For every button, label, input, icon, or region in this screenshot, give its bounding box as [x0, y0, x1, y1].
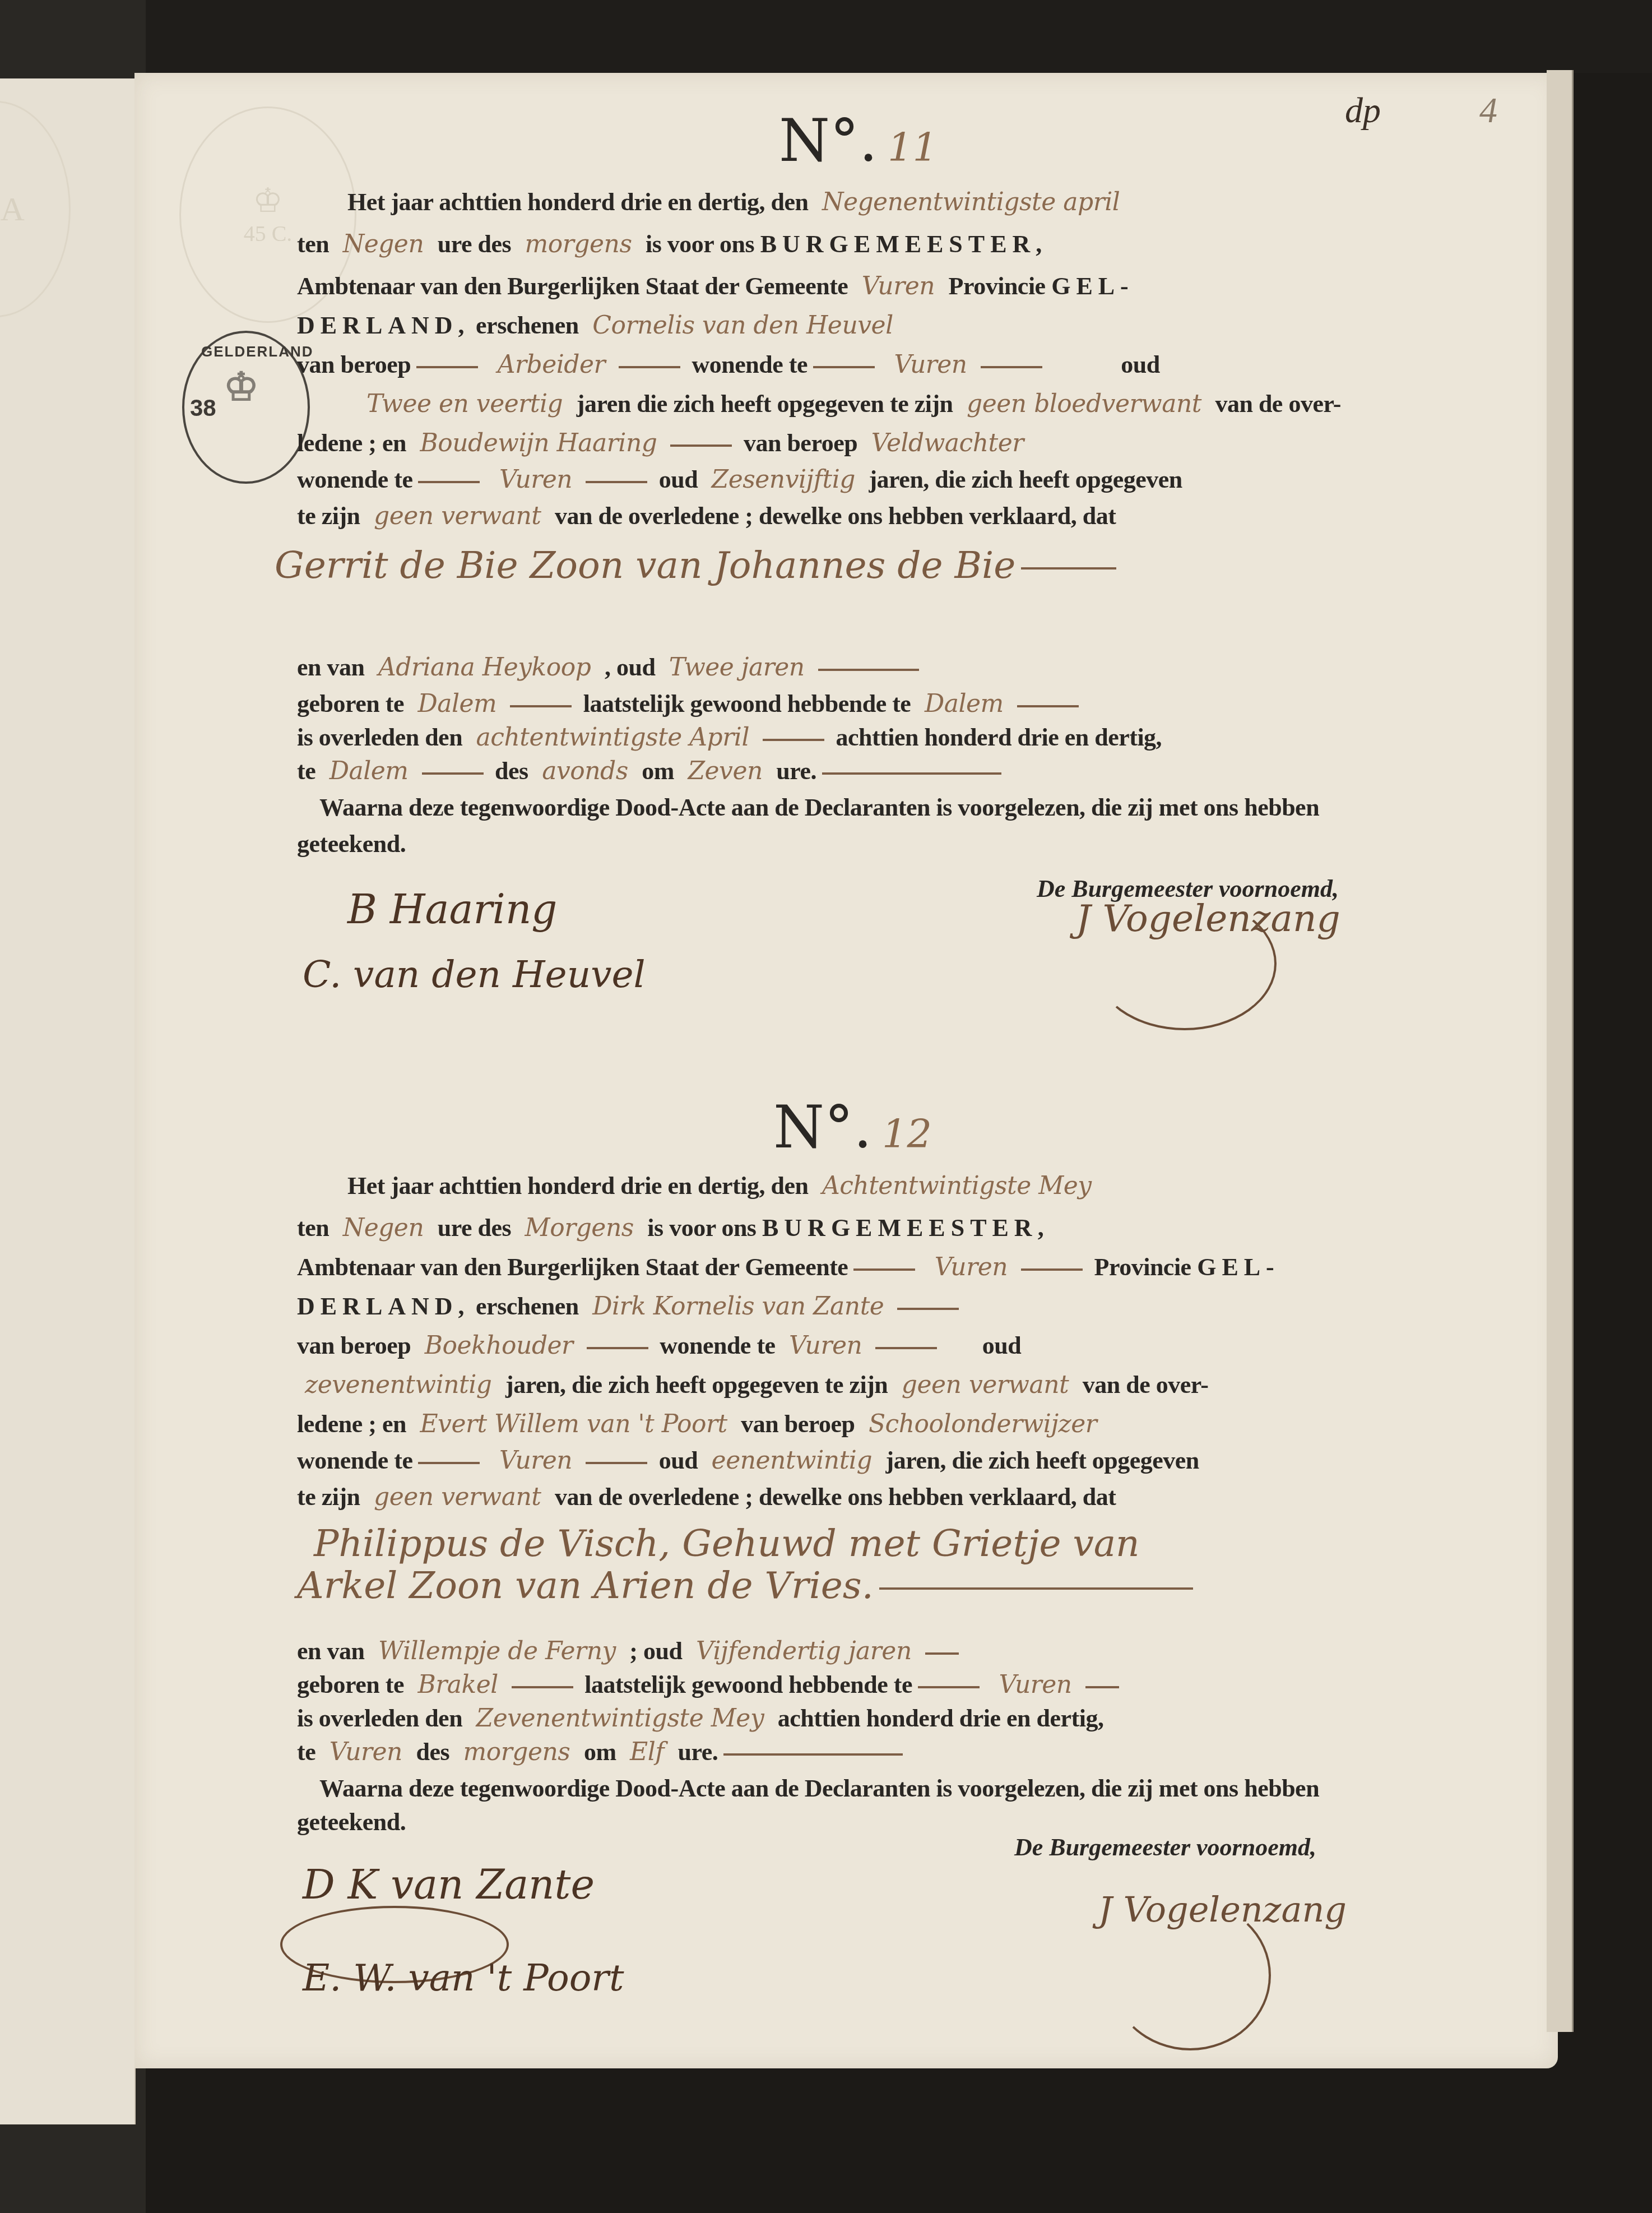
- printed-text: achttien honderd drie en dertig,: [836, 724, 1162, 751]
- printed-text: te zijn: [297, 502, 360, 530]
- printed-text: geteekend.: [297, 1808, 406, 1836]
- printed-text: Ambtenaar van den Burgerlijken Staat der…: [297, 1253, 848, 1281]
- act11-closing-line-1: Waarna deze tegenwoordige Dood-Acte aan …: [319, 793, 1457, 822]
- handwritten-last-residence: Dalem: [925, 689, 1004, 718]
- printed-text: om: [584, 1738, 616, 1766]
- signature-declarant-2: E. W. van 't Poort: [303, 1956, 624, 1999]
- act12-line-6: zevenentwintig jaren, die zich heeft opg…: [297, 1371, 1435, 1399]
- handwritten-death-place: Dalem: [330, 757, 409, 785]
- act11-death-place-line: te Dalem des avonds om Zeven ure.: [297, 757, 1435, 785]
- handwritten-residence: Vuren: [894, 350, 967, 379]
- printed-text: oud: [659, 466, 698, 493]
- act11-birth-line: geboren te Dalem laatstelijk gewoond heb…: [297, 689, 1435, 718]
- signature-declarant-1: D K van Zante: [303, 1861, 595, 1908]
- handwritten-municipality: Vuren: [935, 1253, 1008, 1281]
- printed-text: DERLAND,: [297, 312, 470, 339]
- act12-line-7: ledene ; en Evert Willem van 't Poort va…: [297, 1410, 1435, 1438]
- handwritten-hour: Zeven: [688, 757, 762, 785]
- handwritten-daypart: avonds: [542, 757, 628, 785]
- printed-text: des: [495, 757, 528, 785]
- printed-text: en van: [297, 654, 364, 681]
- fill-dash: [510, 705, 572, 707]
- handwritten-residence: Vuren: [499, 1446, 572, 1475]
- handwritten-deceased-parent: Arkel Zoon van Arien de Vries.: [297, 1564, 874, 1607]
- crown-icon: ♔: [224, 364, 259, 410]
- margin-mark: dp: [1345, 90, 1381, 131]
- fill-dash: [418, 1462, 480, 1464]
- printed-text: wonende te: [692, 351, 808, 378]
- handwritten-date: Achtentwintigste Mey: [822, 1172, 1092, 1200]
- act12-death-place-line: te Vuren des morgens om Elf ure.: [297, 1738, 1435, 1766]
- printed-text: BURGEMEESTER,: [760, 230, 1048, 258]
- printed-text: ure des: [438, 1214, 511, 1242]
- fill-dash: [813, 366, 875, 368]
- printed-text: en van: [297, 1637, 364, 1665]
- handwritten-birthplace: Brakel: [417, 1670, 498, 1699]
- printed-text: wonende te: [297, 1447, 412, 1474]
- signature-declarant-2: C. van den Heuvel: [303, 953, 646, 996]
- printed-text: des: [416, 1738, 449, 1766]
- fill-dash: [763, 739, 824, 741]
- handwritten-occupation: Arbeider: [498, 350, 605, 379]
- handwritten-declarant-name: Cornelis van den Heuvel: [592, 311, 893, 340]
- printed-text: wonende te: [660, 1332, 775, 1359]
- fill-dash: [853, 1268, 915, 1271]
- handwritten-occupation: Schoolonderwijzer: [869, 1410, 1097, 1438]
- handwritten-declarant-name: Dirk Kornelis van Zante: [592, 1292, 884, 1321]
- fill-dash: [925, 1652, 959, 1655]
- deceased-name-line: Philippus de Visch, Gehuwd met Grietje v…: [314, 1522, 1140, 1565]
- act12-closing-line-1: Waarna deze tegenwoordige Dood-Acte aan …: [319, 1774, 1457, 1803]
- printed-text: van de overledene ; dewelke ons hebben v…: [555, 1483, 1116, 1511]
- fill-dash: [586, 481, 647, 483]
- handwritten-age: eenentwintig: [712, 1446, 872, 1475]
- printed-text: BURGEMEESTER,: [762, 1214, 1050, 1242]
- handwritten-daypart: morgens: [463, 1738, 570, 1766]
- fill-dash: [416, 366, 478, 368]
- fill-dash: [822, 772, 1001, 775]
- number-label: N°.: [773, 1093, 872, 1161]
- act11-line-8: wonende te Vuren oud Zesenvijftig jaren,…: [297, 465, 1435, 494]
- printed-text: oud: [1121, 351, 1159, 378]
- printed-text: te zijn: [297, 1483, 360, 1511]
- act-number: 12: [882, 1111, 932, 1157]
- act12-line-9: te zijn geen verwant van de overledene ;…: [297, 1483, 1435, 1511]
- printed-text: DERLAND,: [297, 1293, 470, 1320]
- fill-dash: [875, 1347, 937, 1349]
- printed-text: van beroep: [744, 429, 857, 457]
- handwritten-relation: geen bloedverwant: [967, 390, 1201, 418]
- fill-dash: [981, 366, 1042, 368]
- printed-text: van beroep: [741, 1410, 855, 1438]
- handwritten-municipality: Vuren: [862, 272, 935, 300]
- act12-death-date-line: is overleden den Zevenentwintigste Mey a…: [297, 1704, 1435, 1733]
- page-stack-edge: [1547, 70, 1574, 2032]
- handwritten-age: Twee en veertig: [366, 390, 563, 418]
- printed-text: van beroep: [297, 351, 411, 378]
- fill-dash: [918, 1686, 980, 1688]
- printed-text: te: [297, 757, 315, 785]
- handwritten-hour: Negen: [343, 230, 424, 258]
- handwritten-relation: geen verwant: [902, 1371, 1069, 1399]
- act12-line-2: ten Negen ure des Morgens is voor ons BU…: [297, 1214, 1435, 1242]
- printed-text: ledene ; en: [297, 1410, 406, 1438]
- act11-line-4: DERLAND, erschenen Cornelis van den Heuv…: [297, 311, 1435, 340]
- act11-mother-line: en van Adriana Heykoop , oud Twee jaren: [297, 653, 1435, 682]
- handwritten-date: Negenentwintigste april: [822, 188, 1120, 216]
- crown-icon: ♔: [181, 181, 355, 220]
- fill-dash: [586, 1462, 647, 1464]
- printed-text: Provincie: [1094, 1253, 1191, 1281]
- printed-text: Het jaar achttien honderd drie en dertig…: [347, 188, 808, 216]
- act11-death-date-line: is overleden den achtentwintigste April …: [297, 723, 1435, 752]
- printed-text: erschenen: [476, 312, 579, 339]
- handwritten-deceased: Gerrit de Bie Zoon van Johannes de Bie: [275, 544, 1015, 587]
- handwritten-hour: Elf: [630, 1738, 664, 1766]
- fill-dash: [897, 1308, 959, 1310]
- handwritten-birthplace: Dalem: [417, 689, 496, 718]
- printed-text: jaren, die zich heeft opgegeven te zijn: [505, 1371, 888, 1399]
- act11-line-9: te zijn geen verwant van de overledene ;…: [297, 502, 1435, 530]
- handwritten-relation: geen verwant: [374, 502, 541, 530]
- fill-dash: [818, 669, 919, 671]
- handwritten-hour: Negen: [343, 1214, 424, 1242]
- embossed-seal-left: G.A: [0, 101, 71, 317]
- printed-text: is overleden den: [297, 1705, 462, 1732]
- fill-dash: [723, 1753, 903, 1756]
- printed-text: van beroep: [297, 1332, 411, 1359]
- handwritten-residence: Vuren: [499, 465, 572, 494]
- printed-text: geboren te: [297, 690, 404, 717]
- number-label: N°.: [779, 107, 878, 175]
- handwritten-death-date: achtentwintigste April: [476, 723, 749, 752]
- act11-line-7: ledene ; en Boudewijn Haaring van beroep…: [297, 429, 1435, 457]
- fill-dash: [670, 445, 732, 447]
- act12-birth-line: geboren te Brakel laatstelijk gewoond he…: [297, 1670, 1435, 1699]
- handwritten-mother-name: Adriana Heykoop: [378, 653, 591, 682]
- printed-text: ledene ; en: [297, 429, 406, 457]
- act11-line-5: van beroep Arbeider wonende te Vuren oud: [297, 350, 1435, 379]
- printed-text: ure.: [678, 1738, 718, 1766]
- printed-text: van de over-: [1083, 1371, 1209, 1399]
- handwritten-residence: Vuren: [789, 1331, 862, 1360]
- signature-flourish: [1093, 897, 1277, 1030]
- handwritten-occupation: Boekhouder: [425, 1331, 573, 1360]
- printed-text: wonende te: [297, 466, 412, 493]
- printed-text: Ambtenaar van den Burgerlijken Staat der…: [297, 272, 848, 300]
- fill-dash: [418, 481, 480, 483]
- printed-text: geteekend.: [297, 830, 406, 858]
- facing-page-edge: G.A: [0, 78, 136, 2124]
- printed-text: is voor ons: [646, 230, 754, 258]
- fill-dash: [1085, 1686, 1119, 1688]
- printed-text: jaren, die zich heeft opgegeven: [869, 466, 1182, 493]
- printed-text: is voor ons: [647, 1214, 756, 1242]
- act12-line-5: van beroep Boekhouder wonende te Vuren o…: [297, 1331, 1435, 1360]
- printed-text: GEL-: [1197, 1253, 1280, 1281]
- fill-dash: [1017, 705, 1079, 707]
- handwritten-death-place: Vuren: [330, 1738, 402, 1766]
- handwritten-last-residence: Vuren: [999, 1670, 1071, 1699]
- printed-text: geboren te: [297, 1671, 404, 1698]
- act12-line-8: wonende te Vuren oud eenentwintig jaren,…: [297, 1446, 1435, 1475]
- act12-mother-line: en van Willempje de Ferny ; oud Vijfende…: [297, 1637, 1435, 1665]
- printed-text: ure des: [438, 230, 511, 258]
- printed-text: ten: [297, 230, 329, 258]
- printed-text: laatstelijk gewoond hebbende te: [584, 1671, 912, 1698]
- printed-text: ure.: [776, 757, 816, 785]
- printed-text: jaren die zich heeft opgegeven te zijn: [577, 390, 953, 418]
- signature-declarant-1: B Haaring: [347, 886, 557, 933]
- printed-text: Het jaar achttien honderd drie en dertig…: [347, 1172, 808, 1200]
- act12-line-1: Het jaar achttien honderd drie en dertig…: [347, 1172, 1485, 1200]
- handwritten-age: Twee jaren: [669, 653, 805, 682]
- act-number-heading: N°.11: [779, 107, 938, 175]
- printed-text: om: [642, 757, 674, 785]
- printed-text: van de overledene ; dewelke ons hebben v…: [555, 502, 1116, 530]
- act11-line-1: Het jaar achttien honderd drie en dertig…: [347, 188, 1485, 216]
- act11-line-6: Twee en veertig jaren die zich heeft opg…: [359, 390, 1496, 418]
- act11-line-3: Ambtenaar van den Burgerlijken Staat der…: [297, 272, 1435, 300]
- act12-line-4: DERLAND, erschenen Dirk Kornelis van Zan…: [297, 1292, 1435, 1321]
- printed-text: Waarna deze tegenwoordige Dood-Acte aan …: [319, 794, 1319, 821]
- printed-text: erschenen: [476, 1293, 579, 1320]
- fill-dash: [422, 772, 484, 775]
- printed-text: laatstelijk gewoond hebbende te: [583, 690, 911, 717]
- deceased-name-line: Gerrit de Bie Zoon van Johannes de Bie: [275, 544, 1122, 587]
- act12-closing-line-2: geteekend.: [297, 1808, 1435, 1836]
- printed-text: te: [297, 1738, 315, 1766]
- printed-text: oud: [982, 1332, 1021, 1359]
- fill-dash: [512, 1686, 573, 1688]
- handwritten-deceased: Philippus de Visch, Gehuwd met Grietje v…: [314, 1522, 1140, 1565]
- deceased-name-line-2: Arkel Zoon van Arien de Vries.: [297, 1564, 1199, 1607]
- stamp-number: 38: [190, 395, 216, 422]
- mayor-label: De Burgemeester voornoemd,: [1014, 1833, 1316, 1862]
- gelderland-stamp: GELDERLAND ♔ 38: [182, 331, 310, 484]
- handwritten-age: Zesenvijftig: [712, 465, 855, 494]
- act12-line-3: Ambtenaar van den Burgerlijken Staat der…: [297, 1253, 1435, 1281]
- printed-text: ; oud: [629, 1637, 682, 1665]
- act11-closing-line-2: geteekend.: [297, 830, 1435, 858]
- act11-line-2: ten Negen ure des morgens is voor ons BU…: [297, 230, 1435, 258]
- printed-text: Provincie: [949, 272, 1046, 300]
- handwritten-age: Vijfendertig jaren: [696, 1637, 912, 1665]
- printed-text: , oud: [605, 654, 655, 681]
- printed-text: ten: [297, 1214, 329, 1242]
- handwritten-relation: geen verwant: [374, 1483, 541, 1511]
- page-number: 4: [1479, 90, 1497, 131]
- printed-text: GEL-: [1051, 272, 1134, 300]
- printed-text: Waarna deze tegenwoordige Dood-Acte aan …: [319, 1775, 1319, 1802]
- handwritten-occupation: Veldwachter: [871, 429, 1024, 457]
- act-number-heading: N°.12: [773, 1093, 932, 1161]
- printed-text: jaren, die zich heeft opgegeven: [886, 1447, 1199, 1474]
- fill-dash: [1021, 567, 1116, 570]
- handwritten-witness-name: Evert Willem van 't Poort: [420, 1410, 727, 1438]
- signature-flourish: [1110, 1900, 1271, 2050]
- handwritten-daypart: Morgens: [525, 1214, 634, 1242]
- fill-dash: [1021, 1268, 1083, 1271]
- fill-dash: [587, 1347, 648, 1349]
- printed-text: oud: [659, 1447, 698, 1474]
- handwritten-witness-name: Boudewijn Haaring: [420, 429, 657, 457]
- handwritten-age: zevenentwintig: [305, 1371, 492, 1399]
- fill-dash: [619, 366, 680, 368]
- handwritten-daypart: morgens: [525, 230, 632, 258]
- printed-text: is overleden den: [297, 724, 462, 751]
- handwritten-mother-name: Willempje de Ferny: [378, 1637, 616, 1665]
- background-top: [0, 0, 1652, 73]
- printed-text: van de over-: [1215, 390, 1341, 418]
- printed-text: achttien honderd drie en dertig,: [778, 1705, 1104, 1732]
- act-number: 11: [888, 124, 938, 170]
- handwritten-death-date: Zevenentwintigste Mey: [476, 1704, 764, 1733]
- fill-dash: [879, 1587, 1193, 1590]
